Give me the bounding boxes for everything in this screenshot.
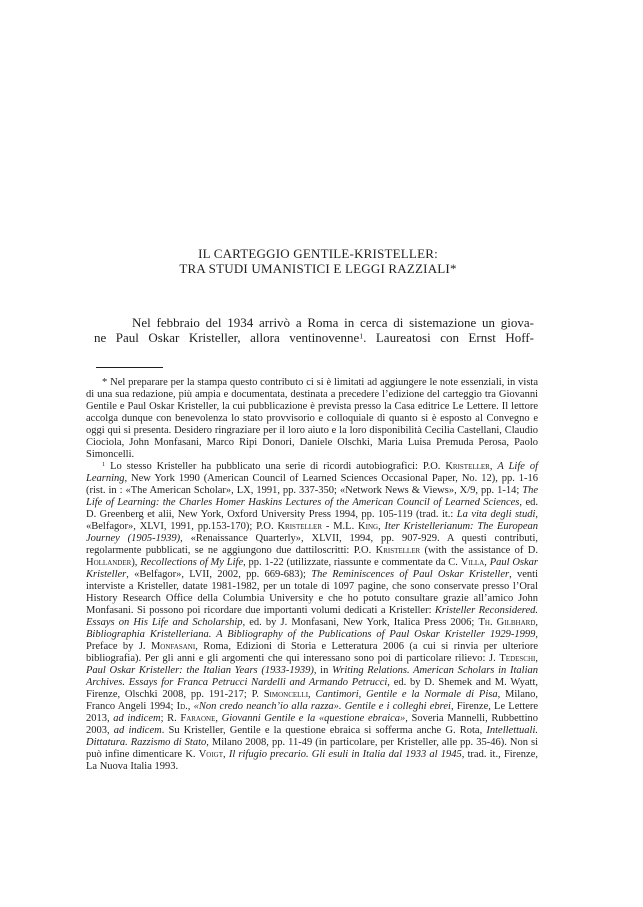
- footnotes-block: * Nel preparare per la stampa questo con…: [86, 377, 538, 773]
- article-title-line-2: TRA STUDI UMANISTICI E LEGGI RAZZIALI*: [88, 261, 548, 276]
- body-text-line: Nel febbraio del 1934 arrivò a Roma in c…: [94, 315, 534, 330]
- body-paragraph: Nel febbraio del 1934 arrivò a Roma in c…: [94, 315, 534, 345]
- article-title-line-1: IL CARTEGGIO GENTILE-KRISTELLER:: [88, 246, 548, 261]
- footnote-separator-rule: [96, 367, 163, 368]
- scanned-paper-page: IL CARTEGGIO GENTILE-KRISTELLER: TRA STU…: [0, 0, 643, 907]
- body-text-line: ne Paul Oskar Kristeller, allora ventino…: [94, 330, 534, 345]
- footnote-asterisk: * Nel preparare per la stampa questo con…: [86, 377, 538, 461]
- footnote-1: 1 Lo stesso Kristeller ha pubblicato una…: [86, 461, 538, 773]
- article-title: IL CARTEGGIO GENTILE-KRISTELLER: TRA STU…: [88, 246, 548, 276]
